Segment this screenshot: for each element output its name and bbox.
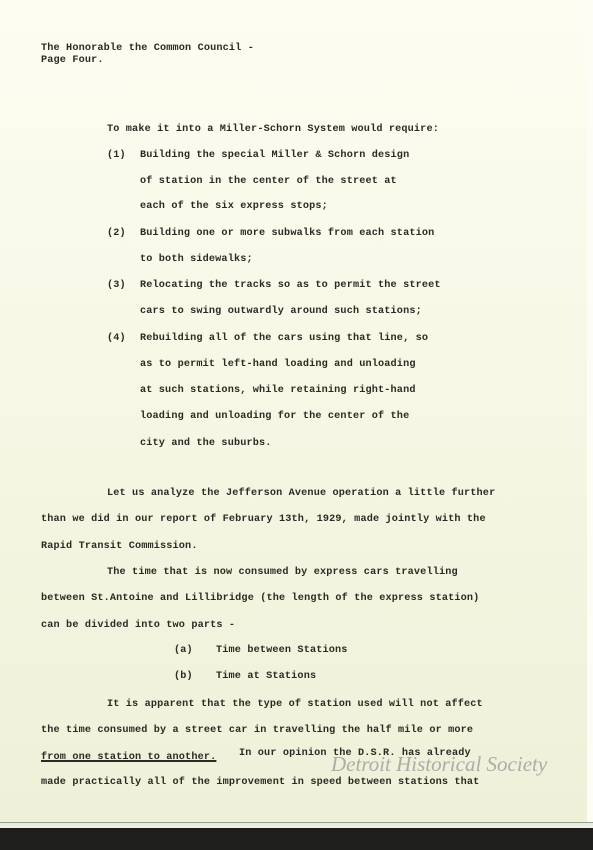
underlined-phrase: from one station to another. — [41, 752, 216, 763]
paragraph-line: between St.Antoine and Lillibridge (the … — [41, 593, 479, 604]
requirement-line: cars to swing outwardly around such stat… — [140, 306, 422, 317]
part-label: (a) — [174, 645, 193, 656]
paragraph-line: It is apparent that the type of station … — [107, 699, 483, 710]
requirement-line: city and the suburbs. — [140, 438, 272, 449]
requirement-number: (4) — [107, 333, 126, 344]
paragraph-line: made practically all of the improvement … — [41, 777, 479, 788]
requirement-line: Building the special Miller & Schorn des… — [140, 150, 409, 161]
paragraph-line: the time consumed by a street car in tra… — [41, 725, 473, 736]
paragraph-line: The time that is now consumed by express… — [107, 567, 458, 578]
intro-line: To make it into a Miller-Schorn System w… — [107, 124, 439, 135]
part-label: (b) — [174, 671, 193, 682]
paragraph-line: can be divided into two parts - — [41, 620, 235, 631]
paragraph-line: than we did in our report of February 13… — [41, 514, 486, 525]
requirement-line: each of the six express stops; — [140, 201, 328, 212]
requirement-number: (1) — [107, 150, 126, 161]
requirement-number: (3) — [107, 280, 126, 291]
requirement-line: at such stations, while retaining right-… — [140, 385, 416, 396]
header-page-number: Page Four. — [41, 55, 104, 66]
requirement-number: (2) — [107, 228, 126, 239]
requirement-line: loading and unloading for the center of … — [140, 411, 409, 422]
paragraph-line: Let us analyze the Jefferson Avenue oper… — [107, 488, 495, 499]
requirement-line: Rebuilding all of the cars using that li… — [140, 333, 428, 344]
part-text: Time at Stations — [216, 671, 316, 682]
paragraph-line: Rapid Transit Commission. — [41, 541, 198, 552]
part-text: Time between Stations — [216, 645, 348, 656]
requirement-line: of station in the center of the street a… — [140, 176, 397, 187]
header-addressee: The Honorable the Common Council - — [41, 43, 254, 54]
requirement-line: Building one or more subwalks from each … — [140, 228, 434, 239]
scan-background — [0, 828, 593, 850]
requirement-line: as to permit left-hand loading and unloa… — [140, 359, 416, 370]
requirement-line: Relocating the tracks so as to permit th… — [140, 280, 441, 291]
requirement-line: to both sidewalks; — [140, 254, 253, 265]
watermark: Detroit Historical Society — [331, 752, 547, 777]
